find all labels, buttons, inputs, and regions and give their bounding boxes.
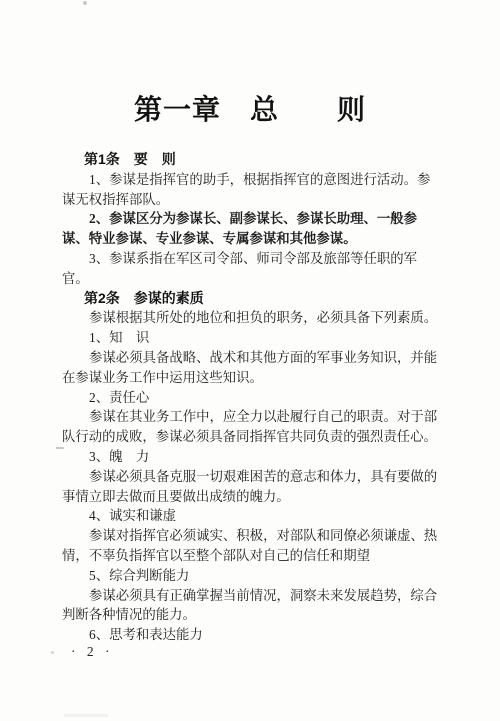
- text-line: 参谋根据其所处的地位和担负的职务，必须具备下列素质。: [62, 308, 446, 328]
- text-line: 在参谋业务工作中运用这些知识。: [62, 368, 446, 388]
- text-line: 官。: [62, 269, 446, 289]
- text-line: 1、参谋是指挥官的助手，根据指挥官的意图进行活动。参: [62, 170, 446, 190]
- scan-artifact: [64, 714, 108, 717]
- text-line: 情，不辜负指挥官以至整个部队对自己的信任和期望: [62, 546, 446, 566]
- text-line: 1、知 识: [62, 328, 446, 348]
- text-line: 3、参谋系指在军区司令部、师司令部及旅部等任职的军: [62, 249, 446, 269]
- text-line: 4、诚实和谦虚: [62, 506, 446, 526]
- scan-artifact: [173, 212, 176, 215]
- text-line: 2、参谋区分为参谋长、副参谋长、参谋长助理、一般参: [62, 209, 446, 229]
- text-line: 谋无权指挥部队。: [62, 190, 446, 210]
- text-line: 参谋对指挥官必须诚实、积极，对部队和同僚必须谦虚、热: [62, 526, 446, 546]
- text-line: 参谋必须具备克服一切艰难困苦的意志和体力，具有要做的: [62, 467, 446, 487]
- text-line: 谋、特业参谋、专业参谋、专属参谋和其他参谋。: [62, 229, 446, 249]
- text-line: 参谋必须具有正确掌握当前情况，洞察未来发展趋势，综合: [62, 586, 446, 606]
- page-number: · 2 ·: [71, 644, 114, 660]
- text-line: 2、责任心: [62, 388, 446, 408]
- scan-artifact: [83, 1, 87, 5]
- scan-artifact: [51, 651, 54, 654]
- article-heading: 第1条 要 则: [62, 150, 446, 170]
- text-line: 判断各种情况的能力。: [62, 605, 446, 625]
- text-line: 事情立即去做而且要做出成绩的魄力。: [62, 487, 446, 507]
- text-line: 参谋必须具备战略、战术和其他方面的军事业务知识，并能: [62, 348, 446, 368]
- chapter-title: 第一章 总 则: [0, 92, 500, 128]
- article-heading: 第2条 参谋的素质: [62, 289, 446, 309]
- text-line: 6、思考和表达能力: [62, 625, 446, 645]
- scanned-book-page: 第一章 总 则 第1条 要 则1、参谋是指挥官的助手，根据指挥官的意图进行活动。…: [0, 0, 500, 721]
- page-body-text: 第1条 要 则1、参谋是指挥官的助手，根据指挥官的意图进行活动。参谋无权指挥部队…: [62, 150, 446, 645]
- text-line: 5、综合判断能力: [62, 566, 446, 586]
- text-line: 参谋在其业务工作中，应全力以赴履行自己的职责。对于部: [62, 407, 446, 427]
- text-line: 队行动的成败，参谋必须具备同指挥官共同负责的强烈责任心。: [62, 427, 446, 447]
- text-line: 3、魄 力: [62, 447, 446, 467]
- scan-artifact: [56, 447, 64, 449]
